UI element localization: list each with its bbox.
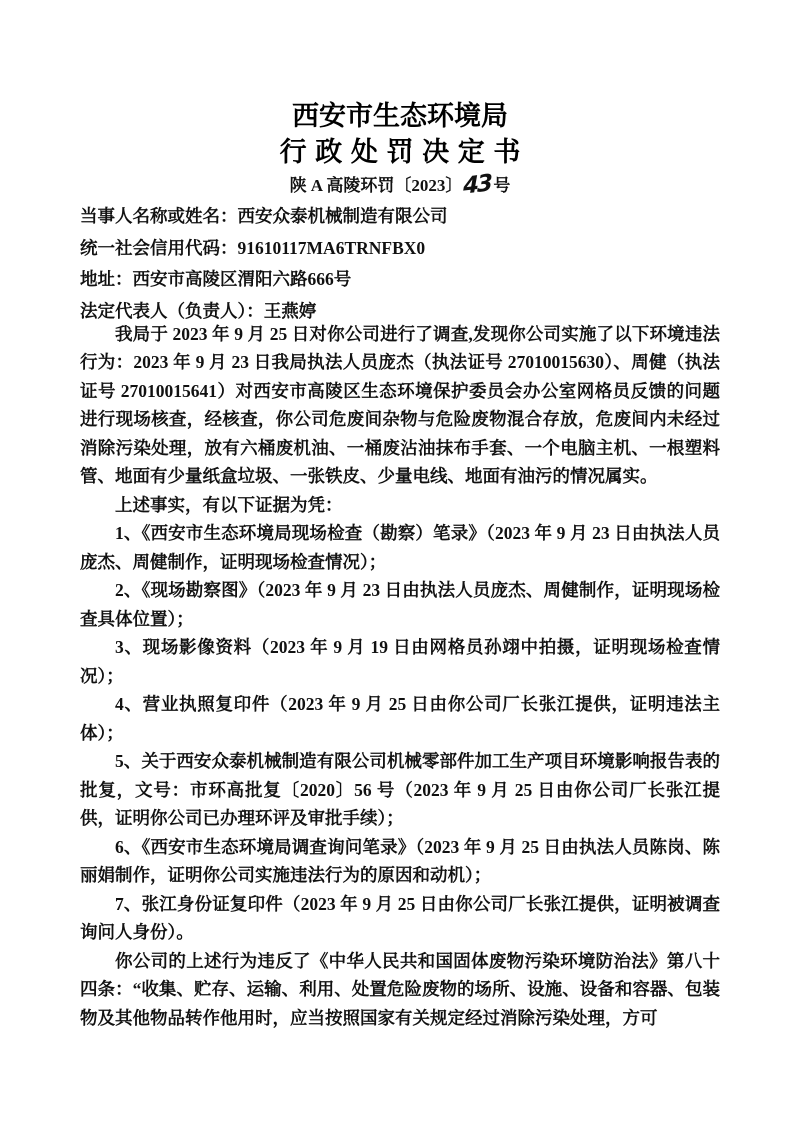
evidence-item-4: 4、营业执照复印件（2023 年 9 月 25 日由你公司厂长张江提供，证明违法… xyxy=(80,690,720,747)
agency-title: 西安市生态环境局 xyxy=(80,101,720,131)
document-number-suffix: 号 xyxy=(493,176,510,195)
evidence-item-5: 5、关于西安众泰机械制造有限公司机械零部件加工生产项目环境影响报告表的批复，文号… xyxy=(80,747,720,833)
document-number: 陕 A 高陵环罚〔2023〕43号 xyxy=(80,174,720,198)
address-label: 地址： xyxy=(80,269,133,289)
party-name-row: 当事人名称或姓名：西安众泰机械制造有限公司 xyxy=(80,201,720,233)
evidence-item-7: 7、张江身份证复印件（2023 年 9 月 25 日由你公司厂长张江提供，证明被… xyxy=(80,890,720,947)
paragraph-evidence-intro: 上述事实，有以下证据为凭： xyxy=(80,491,720,520)
evidence-item-2: 2、《现场勘察图》（2023 年 9 月 23 日由执法人员庞杰、周健制作，证明… xyxy=(80,576,720,633)
party-name-value: 西安众泰机械制造有限公司 xyxy=(238,206,448,226)
evidence-item-6: 6、《西安市生态环境局调查询问笔录》（2023 年 9 月 25 日由执法人员陈… xyxy=(80,833,720,890)
credit-code-row: 统一社会信用代码：91610117MA6TRNFBX0 xyxy=(80,233,720,265)
document-type-title: 行政处罚决定书 xyxy=(80,137,720,167)
paragraph-investigation-findings: 我局于 2023 年 9 月 25 日对你公司进行了调查,发现你公司实施了以下环… xyxy=(80,320,720,491)
party-info-section: 当事人名称或姓名：西安众泰机械制造有限公司 统一社会信用代码：91610117M… xyxy=(80,201,720,328)
document-body: 我局于 2023 年 9 月 25 日对你公司进行了调查,发现你公司实施了以下环… xyxy=(80,320,720,1033)
evidence-item-3: 3、现场影像资料（2023 年 9 月 19 日由网格员孙翊中拍摄，证明现场检查… xyxy=(80,633,720,690)
penalty-decision-document-page: 西安市生态环境局 行政处罚决定书 陕 A 高陵环罚〔2023〕43号 当事人名称… xyxy=(0,0,800,1133)
credit-code-value: 91610117MA6TRNFBX0 xyxy=(238,238,426,258)
address-value: 西安市高陵区渭阳六路666号 xyxy=(133,269,352,289)
credit-code-label: 统一社会信用代码： xyxy=(80,238,238,258)
legal-representative-value: 王燕婷 xyxy=(264,301,317,321)
legal-representative-label: 法定代表人（负责人）： xyxy=(80,301,264,321)
document-number-prefix: 陕 A 高陵环罚〔2023〕 xyxy=(290,176,463,195)
party-name-label: 当事人名称或姓名： xyxy=(80,206,238,226)
paragraph-legal-basis: 你公司的上述行为违反了《中华人民共和国固体废物污染环境防治法》第八十四条：“收集… xyxy=(80,947,720,1033)
evidence-item-1: 1、《西安市生态环境局现场检查（勘察）笔录》（2023 年 9 月 23 日由执… xyxy=(80,519,720,576)
address-row: 地址：西安市高陵区渭阳六路666号 xyxy=(80,264,720,296)
handwritten-case-number: 43 xyxy=(463,173,491,197)
